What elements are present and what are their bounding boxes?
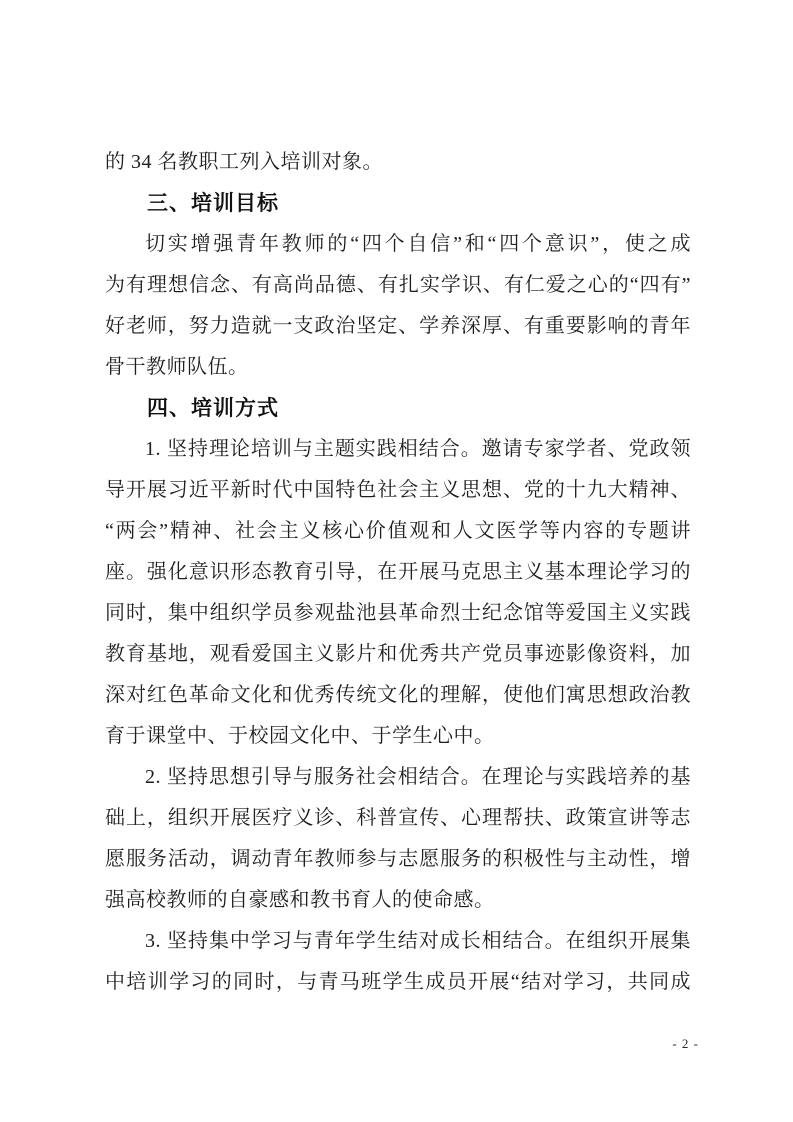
text-line: 础上，组织开展医疗义诊、科普宣传、心理帮扶、政策宣讲等志 <box>105 798 691 839</box>
text-line: 同时，集中组织学员参观盐池县革命烈士纪念馆等爱国主义实践 <box>105 593 691 634</box>
text-line: 切实增强青年教师的“四个自信”和“四个意识”，使之成 <box>105 224 691 265</box>
document-page: 的 34 名教职工列入培训对象。三、培训目标切实增强青年教师的“四个自信”和“四… <box>0 0 793 1122</box>
section-heading: 四、培训方式 <box>105 388 691 429</box>
text-line: 强高校教师的自豪感和教书育人的使命感。 <box>105 880 691 921</box>
text-line: 骨干教师队伍。 <box>105 347 691 388</box>
text-line: 为有理想信念、有高尚品德、有扎实学识、有仁爱之心的“四有” <box>105 265 691 306</box>
document-content: 的 34 名教职工列入培训对象。三、培训目标切实增强青年教师的“四个自信”和“四… <box>105 142 691 1003</box>
text-line: 2. 坚持思想引导与服务社会相结合。在理论与实践培养的基 <box>105 757 691 798</box>
text-line: 的 34 名教职工列入培训对象。 <box>105 142 691 183</box>
text-line: 深对红色革命文化和优秀传统文化的理解，使他们寓思想政治教 <box>105 675 691 716</box>
text-line: 导开展习近平新时代中国特色社会主义思想、党的十九大精神、 <box>105 470 691 511</box>
text-line: 3. 坚持集中学习与青年学生结对成长相结合。在组织开展集 <box>105 921 691 962</box>
text-line: 好老师，努力造就一支政治坚定、学养深厚、有重要影响的青年 <box>105 306 691 347</box>
text-line: 愿服务活动，调动青年教师参与志愿服务的积极性与主动性，增 <box>105 839 691 880</box>
text-line: “两会”精神、社会主义核心价值观和人文医学等内容的专题讲 <box>105 511 691 552</box>
text-line: 中培训学习的同时，与青马班学生成员开展“结对学习，共同成 <box>105 962 691 1003</box>
section-heading: 三、培训目标 <box>105 183 691 224</box>
text-line: 座。强化意识形态教育引导，在开展马克思主义基本理论学习的 <box>105 552 691 593</box>
text-line: 1. 坚持理论培训与主题实践相结合。邀请专家学者、党政领 <box>105 429 691 470</box>
text-line: 教育基地，观看爱国主义影片和优秀共产党员事迹影像资料，加 <box>105 634 691 675</box>
text-line: 育于课堂中、于校园文化中、于学生心中。 <box>105 716 691 757</box>
page-number: - 2 - <box>672 1036 699 1052</box>
